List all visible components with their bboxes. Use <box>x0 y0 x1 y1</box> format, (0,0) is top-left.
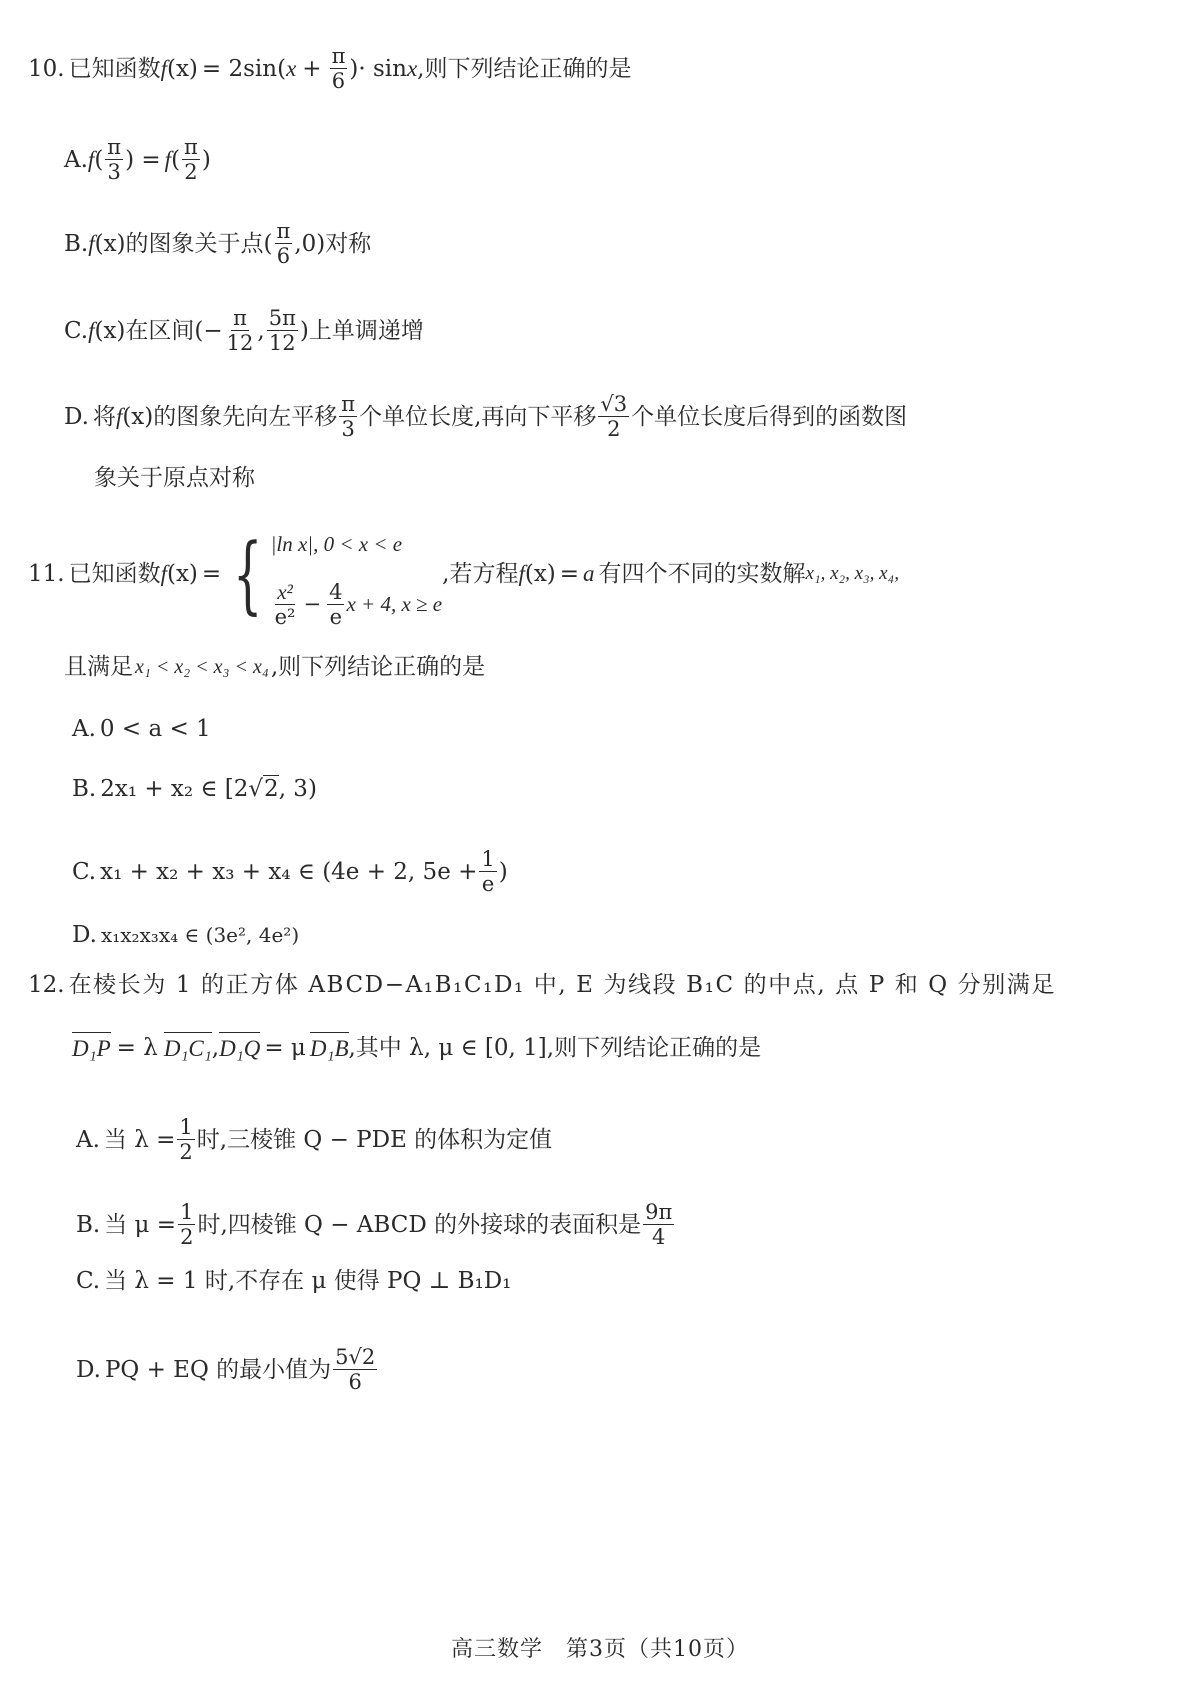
option-text: 将 <box>93 402 116 432</box>
stem-text: ,则下列结论正确的是 <box>417 54 631 84</box>
stem-text: ,则下列结论正确的是 <box>271 652 485 682</box>
option-text: 0 < a < 1 <box>100 714 211 744</box>
fraction: 9π 4 <box>643 1200 674 1249</box>
frac-num: π <box>105 135 123 160</box>
fraction: π 3 <box>339 392 357 441</box>
option-text: 的图象先向左平移 <box>153 402 337 432</box>
var: x₁, x₂, x₃, x₄, <box>806 559 899 589</box>
frac-den: 12 <box>225 331 256 355</box>
case-text: x + 4, x ≥ e <box>346 589 442 619</box>
option-label: C. <box>64 316 88 346</box>
frac-den: 6 <box>346 1370 363 1394</box>
frac-den: 6 <box>330 69 347 93</box>
fraction: 5√2 6 <box>333 1345 377 1394</box>
frac-num: π <box>231 306 249 331</box>
stem-text: = <box>560 559 579 589</box>
fraction: 1 e <box>479 847 496 896</box>
stem-text: ,若方程 <box>442 559 518 589</box>
frac-num: π <box>275 219 293 244</box>
question-10-option-c: C. f (x) 在区间(− π 12 , 5π 12 )上单调递增 <box>64 306 424 355</box>
fraction: π 3 <box>105 135 123 184</box>
question-12-option-b: B. 当 μ = 1 2 时,四棱锥 Q − ABCD 的外接球的表面积是 9π… <box>76 1200 676 1249</box>
exam-page: 10. 已知函数 f (x) = 2sin( x + π 6 )· sin x … <box>0 0 1200 1697</box>
func-arg: (x) <box>94 316 125 346</box>
frac-num: π <box>330 44 348 69</box>
func-arg: (x) <box>95 229 126 259</box>
frac-den: 3 <box>106 160 123 184</box>
stem-text: = λ <box>117 1033 158 1063</box>
question-11-stem-cont: 且满足 x₁ < x₂ < x₃ < x₄ ,则下列结论正确的是 <box>64 652 485 682</box>
question-10-stem: 10. 已知函数 f (x) = 2sin( x + π 6 )· sin x … <box>28 44 631 93</box>
paren: ( <box>171 145 180 175</box>
stem-text: = <box>202 559 221 589</box>
stem-text: 且满足 <box>64 652 133 682</box>
frac-num: 5√2 <box>333 1345 377 1370</box>
frac-den: 12 <box>267 331 298 355</box>
cases: |ln x|, 0 < x < e x² e² − 4 e x + 4, x ≥… <box>271 524 443 624</box>
op: + <box>302 54 321 84</box>
stem-text: 有四个不同的实数解 <box>599 559 806 589</box>
case-2: x² e² − 4 e x + 4, x ≥ e <box>271 584 443 624</box>
question-10-option-d-cont: 象关于原点对称 <box>94 463 255 493</box>
frac-num: π <box>339 392 357 417</box>
func-arg: (x) <box>167 54 198 84</box>
option-text: 个单位长度后得到的函数图 <box>631 402 907 432</box>
question-11-option-b: B. 2x₁ + x₂ ∈ [2 √2 , 3) <box>72 774 317 804</box>
stem-text: = 2sin( <box>202 54 286 84</box>
question-10-option-d: D. 将 f (x) 的图象先向左平移 π 3 个单位长度,再向下平移 √3 2… <box>64 392 907 441</box>
fraction: 5π 12 <box>267 306 298 355</box>
question-number: 10. <box>28 54 65 84</box>
option-label: A. <box>64 145 88 175</box>
option-label: B. <box>64 229 88 259</box>
frac-den: 6 <box>275 244 292 268</box>
fraction: 1 2 <box>178 1200 195 1249</box>
option-text: 在区间(− <box>125 316 222 346</box>
frac-den: 4 <box>650 1225 667 1249</box>
question-12-stem: 12. 在棱长为 1 的正方体 ABCD−A₁B₁C₁D₁ 中, E 为线段 B… <box>28 970 1056 1000</box>
option-label: B. <box>76 1210 100 1240</box>
question-11-stem: 11. 已知函数 f (x) = { |ln x|, 0 < x < e x² … <box>28 524 899 624</box>
question-11-option-d: D. x₁x₂x₃x₄ ∈ (3e², 4e²) <box>72 920 299 950</box>
stem-text: 已知函数 <box>69 54 161 84</box>
option-label: D. <box>72 920 97 950</box>
fraction: √3 2 <box>598 392 629 441</box>
question-number: 12. <box>28 970 65 1000</box>
var: a <box>583 559 595 589</box>
op: − <box>303 589 321 619</box>
fraction: π 6 <box>275 219 293 268</box>
option-text: x₁ + x₂ + x₃ + x₄ ∈ (4e + 2, 5e + <box>100 857 477 887</box>
stem-text: = μ <box>264 1033 306 1063</box>
left-brace-icon: { <box>233 532 262 616</box>
case-1: |ln x|, 0 < x < e <box>271 524 443 564</box>
var: x <box>407 54 417 84</box>
sqrt: √2 <box>248 774 278 804</box>
option-label: C. <box>72 857 96 887</box>
var: x <box>286 54 296 84</box>
option-text: x₁x₂x₃x₄ ∈ (3e², 4e²) <box>101 920 299 950</box>
option-text: PQ + EQ 的最小值为 <box>105 1355 331 1385</box>
frac-num: x² <box>275 580 295 605</box>
frac-num: 1 <box>178 1200 195 1225</box>
option-text: ) = <box>125 145 161 175</box>
vector: D₁C₁ <box>164 1032 212 1064</box>
option-text: 当 λ = <box>104 1125 175 1155</box>
func-arg: (x) <box>167 559 198 589</box>
option-text: 象关于原点对称 <box>94 463 255 493</box>
option-text: 当 μ = <box>104 1210 176 1240</box>
frac-den: e <box>328 605 344 629</box>
question-12-option-d: D. PQ + EQ 的最小值为 5√2 6 <box>76 1345 379 1394</box>
frac-den: 2 <box>178 1225 195 1249</box>
stem-text: )· sin <box>349 54 407 84</box>
frac-num: √3 <box>598 392 629 417</box>
question-12-option-a: A. 当 λ = 1 2 时,三棱锥 Q − PDE 的体积为定值 <box>76 1115 552 1164</box>
question-number: 11. <box>28 559 65 589</box>
option-text: , <box>257 316 264 346</box>
frac-num: π <box>182 135 200 160</box>
question-11-option-c: C. x₁ + x₂ + x₃ + x₄ ∈ (4e + 2, 5e + 1 e… <box>72 847 508 896</box>
option-text: 的图象关于点( <box>126 229 273 259</box>
stem-text: 已知函数 <box>69 559 161 589</box>
option-text: ,0)对称 <box>294 229 371 259</box>
question-10-option-b: B. f (x) 的图象关于点( π 6 ,0)对称 <box>64 219 371 268</box>
piecewise-function: { |ln x|, 0 < x < e x² e² − 4 e x + 4, x… <box>225 524 442 624</box>
case-text: |ln x|, 0 < x < e <box>271 529 402 559</box>
option-text: ) <box>499 857 508 887</box>
stem-text: , <box>212 1033 219 1063</box>
fraction: π 6 <box>330 44 348 93</box>
paren: ) <box>202 145 211 175</box>
fraction: 1 2 <box>177 1115 194 1164</box>
vector: D₁Q <box>219 1032 260 1064</box>
option-text: 当 λ = 1 时,不存在 μ 使得 PQ ⊥ B₁D₁ <box>104 1266 511 1296</box>
option-label: D. <box>64 402 89 432</box>
question-11-option-a: A. 0 < a < 1 <box>72 714 211 744</box>
option-text: )上单调递增 <box>300 316 424 346</box>
frac-den: 2 <box>605 417 622 441</box>
func-arg: (x) <box>525 559 556 589</box>
frac-den: e <box>480 872 496 896</box>
frac-num: 5π <box>267 306 298 331</box>
frac-den: e² <box>273 605 298 629</box>
fraction: x² e² <box>273 580 298 629</box>
option-label: D. <box>76 1355 101 1385</box>
fraction: π 12 <box>225 306 256 355</box>
option-text: 个单位长度,再向下平移 <box>359 402 596 432</box>
frac-num: 1 <box>177 1115 194 1140</box>
frac-den: 3 <box>339 417 356 441</box>
sqrt-radicand: 2 <box>263 775 279 802</box>
frac-num: 4 <box>327 580 344 605</box>
question-12-option-c: C. 当 λ = 1 时,不存在 μ 使得 PQ ⊥ B₁D₁ <box>76 1266 511 1296</box>
frac-den: 2 <box>177 1140 194 1164</box>
stem-text: 在棱长为 1 的正方体 ABCD−A₁B₁C₁D₁ 中, E 为线段 B₁C 的… <box>69 970 1056 1000</box>
option-text: 时,三棱锥 Q − PDE 的体积为定值 <box>197 1125 552 1155</box>
frac-num: 9π <box>643 1200 674 1225</box>
vector: D₁P <box>72 1032 111 1064</box>
question-10-option-a: A. f ( π 3 ) = f ( π 2 ) <box>64 135 211 184</box>
frac-den: 2 <box>182 160 199 184</box>
option-text: , 3) <box>279 774 317 804</box>
option-text: 2x₁ + x₂ ∈ [2 <box>100 774 248 804</box>
vector: D₁B <box>310 1032 349 1064</box>
page-footer: 高三数学 第3页（共10页） <box>0 1632 1200 1663</box>
option-label: C. <box>76 1266 100 1296</box>
option-label: A. <box>72 714 96 744</box>
fraction: π 2 <box>182 135 200 184</box>
option-label: A. <box>76 1125 100 1155</box>
option-label: B. <box>72 774 96 804</box>
stem-text: ,其中 λ, μ ∈ [0, 1],则下列结论正确的是 <box>349 1033 762 1063</box>
frac-num: 1 <box>479 847 496 872</box>
paren: ( <box>94 145 103 175</box>
question-12-stem-cont: D₁P = λ D₁C₁ , D₁Q = μ D₁B ,其中 λ, μ ∈ [0… <box>72 1032 761 1064</box>
fraction: 4 e <box>327 580 344 629</box>
option-text: 时,四棱锥 Q − ABCD 的外接球的表面积是 <box>197 1210 641 1240</box>
func-arg: (x) <box>122 402 153 432</box>
var: x₁ < x₂ < x₃ < x₄ <box>135 652 269 682</box>
